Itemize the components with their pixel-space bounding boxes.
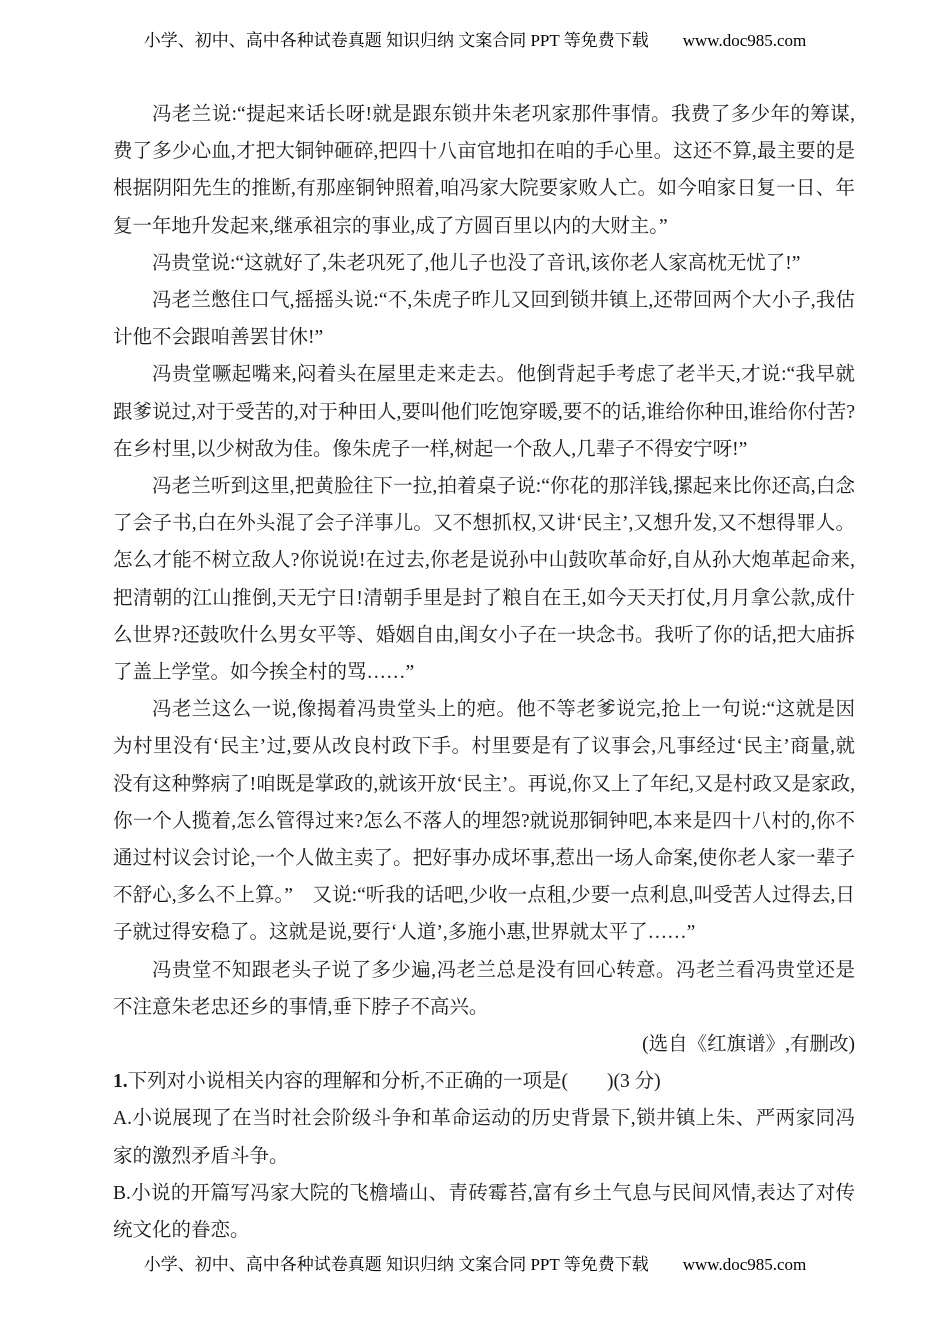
page-header: 小学、初中、高中各种试卷真题 知识归纳 文案合同 PPT 等免费下载www.do… (0, 26, 950, 51)
reading-passage: 冯老兰说:“提起来话长呀!就是跟东锁井朱老巩家那件事情。我费了多少年的筹谋,费了… (113, 96, 855, 1249)
passage-paragraph-3: 冯老兰憋住口气,摇摇头说:“不,朱虎子昨儿又回到锁井镇上,还带回两个大小子,我估… (113, 282, 855, 356)
footer-url: www.doc985.com (683, 1255, 807, 1274)
passage-attribution: (选自《红旗谱》,有删改) (113, 1026, 855, 1063)
header-url: www.doc985.com (683, 31, 807, 50)
page-footer: 小学、初中、高中各种试卷真题 知识归纳 文案合同 PPT 等免费下载www.do… (0, 1250, 950, 1275)
passage-paragraph-4: 冯贵堂噘起嘴来,闷着头在屋里走来走去。他倒背起手考虑了老半天,才说:“我早就跟爹… (113, 356, 855, 468)
question-1-option-b: B.小说的开篇写冯家大院的飞檐墙山、青砖霉苔,富有乡土气息与民间风情,表达了对传… (113, 1175, 855, 1249)
passage-paragraph-5: 冯老兰听到这里,把黄脸往下一拉,拍着桌子说:“你花的那洋钱,摞起来比你还高,白念… (113, 468, 855, 691)
header-promo-text: 小学、初中、高中各种试卷真题 知识归纳 文案合同 PPT 等免费下载 (144, 31, 649, 50)
passage-paragraph-1: 冯老兰说:“提起来话长呀!就是跟东锁井朱老巩家那件事情。我费了多少年的筹谋,费了… (113, 96, 855, 245)
passage-paragraph-2: 冯贵堂说:“这就好了,朱老巩死了,他儿子也没了音讯,该你老人家高枕无忧了!” (113, 245, 855, 282)
passage-paragraph-6: 冯老兰这么一说,像揭着冯贵堂头上的疤。他不等老爹说完,抢上一句说:“这就是因为村… (113, 691, 855, 951)
footer-promo-text: 小学、初中、高中各种试卷真题 知识归纳 文案合同 PPT 等免费下载 (144, 1255, 649, 1274)
document-page: 小学、初中、高中各种试卷真题 知识归纳 文案合同 PPT 等免费下载www.do… (0, 0, 950, 1344)
question-1-number: 1. (113, 1071, 128, 1092)
question-1-text: 下列对小说相关内容的理解和分析,不正确的一项是( )(3 分) (128, 1071, 661, 1092)
question-1-option-a: A.小说展现了在当时社会阶级斗争和革命运动的历史背景下,锁井镇上朱、严两家同冯家… (113, 1100, 855, 1174)
question-1: 1.下列对小说相关内容的理解和分析,不正确的一项是( )(3 分) (113, 1063, 855, 1100)
passage-paragraph-7: 冯贵堂不知跟老头子说了多少遍,冯老兰总是没有回心转意。冯老兰看冯贵堂还是不注意朱… (113, 952, 855, 1026)
